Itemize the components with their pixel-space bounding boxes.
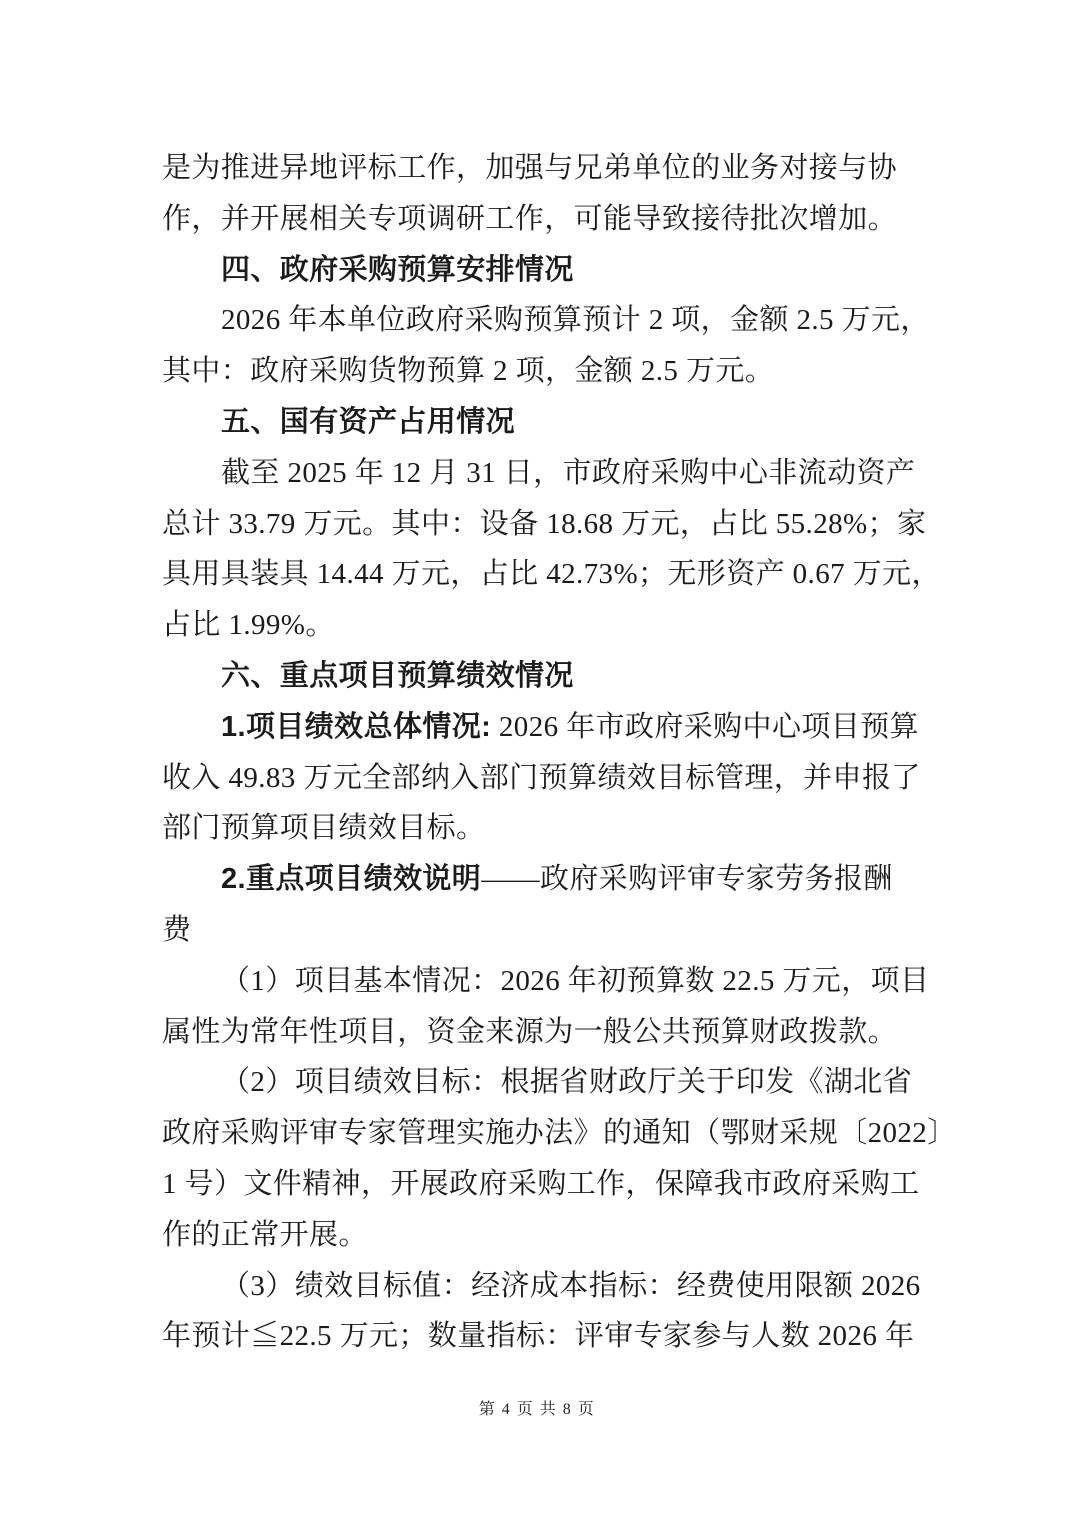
text-line: （2）项目绩效目标：根据省财政厅关于印发《湖北省 [162, 1057, 902, 1108]
text-line: 总计 33.79 万元。其中：设备 18.68 万元，占比 55.28%；家 [162, 499, 902, 550]
bold-run: 2.重点项目绩效说明 [221, 863, 481, 895]
document-body: 是为推进异地评标工作，加强与兄弟单位的业务对接与协 作，并开展相关专项调研工作，… [162, 143, 902, 1362]
section-heading-5: 五、国有资产占用情况 [162, 397, 902, 448]
page-number-footer: 第 4 页 共 8 页 [0, 1396, 1074, 1419]
text-line: 部门预算项目绩效目标。 [162, 803, 902, 854]
text-line: 作的正常开展。 [162, 1210, 902, 1261]
section-heading-6: 六、重点项目预算绩效情况 [162, 651, 902, 702]
text-line: 年预计≦22.5 万元；数量指标：评审专家参与人数 2026 年 [162, 1311, 902, 1362]
text-line: 1.项目绩效总体情况: 2026 年市政府采购中心项目预算 [162, 702, 902, 753]
text-run: 2026 年市政府采购中心项目预算 [491, 711, 919, 743]
text-line: 是为推进异地评标工作，加强与兄弟单位的业务对接与协 [162, 143, 902, 194]
text-line: 费 [162, 905, 902, 956]
text-run: ——政府采购评审专家劳务报酬 [481, 863, 893, 895]
text-line: 作，并开展相关专项调研工作，可能导致接待批次增加。 [162, 194, 902, 245]
text-line: （3）绩效目标值：经济成本指标：经费使用限额 2026 [162, 1261, 902, 1312]
text-line: 政府采购评审专家管理实施办法》的通知（鄂财采规〔2022〕 [162, 1108, 902, 1159]
text-line: 截至 2025 年 12 月 31 日，市政府采购中心非流动资产 [162, 448, 902, 499]
text-line: 收入 49.83 万元全部纳入部门预算绩效目标管理，并申报了 [162, 753, 902, 804]
text-line: 具用具装具 14.44 万元，占比 42.73%；无形资产 0.67 万元， [162, 549, 902, 600]
text-line: （1）项目基本情况：2026 年初预算数 22.5 万元，项目 [162, 956, 902, 1007]
document-page: 是为推进异地评标工作，加强与兄弟单位的业务对接与协 作，并开展相关专项调研工作，… [0, 0, 1074, 1520]
text-line: 其中：政府采购货物预算 2 项，金额 2.5 万元。 [162, 346, 902, 397]
text-line: 占比 1.99%。 [162, 600, 902, 651]
section-heading-4: 四、政府采购预算安排情况 [162, 245, 902, 296]
text-line: 1 号）文件精神，开展政府采购工作，保障我市政府采购工 [162, 1159, 902, 1210]
text-line: 2026 年本单位政府采购预算预计 2 项，金额 2.5 万元， [162, 295, 902, 346]
text-line: 属性为常年性项目，资金来源为一般公共预算财政拨款。 [162, 1007, 902, 1058]
text-line: 2.重点项目绩效说明——政府采购评审专家劳务报酬 [162, 854, 902, 905]
bold-run: 1.项目绩效总体情况: [221, 711, 491, 743]
